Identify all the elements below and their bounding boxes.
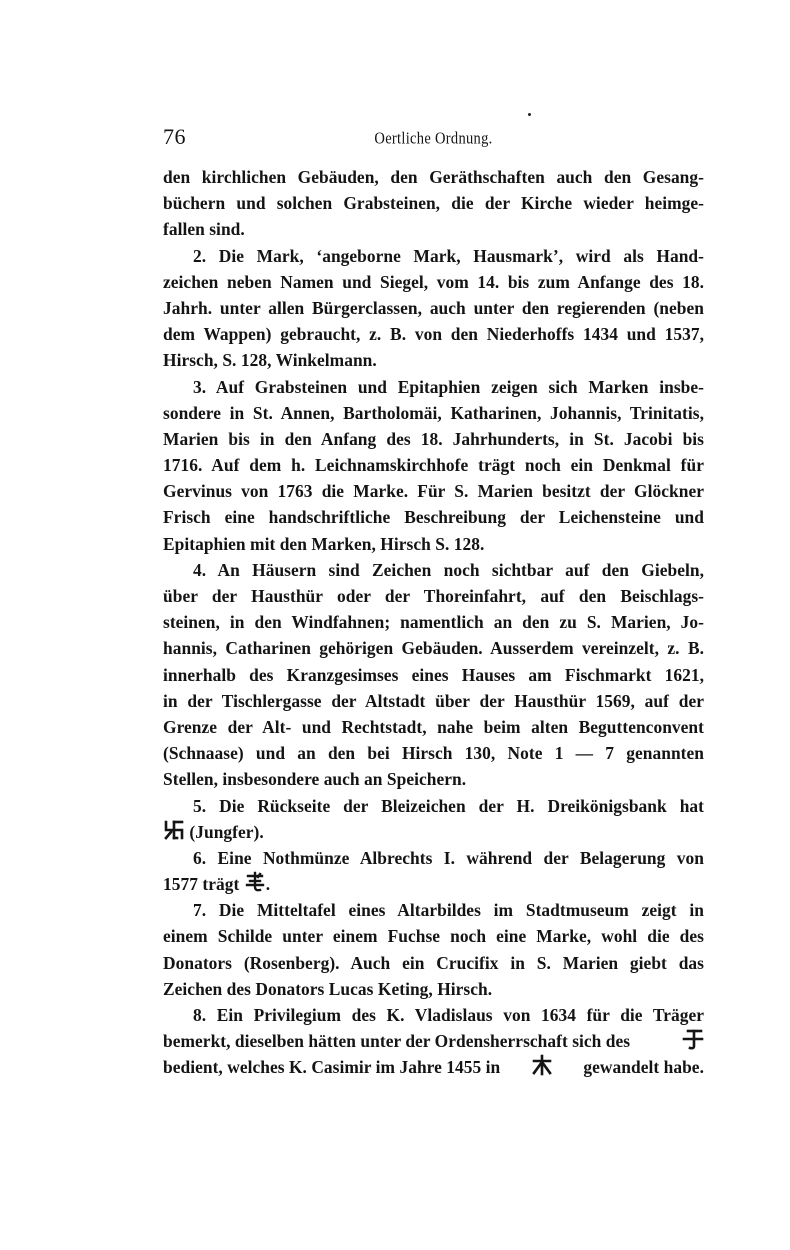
text-line: Hirsch, S. 128, Winkelmann. [163,347,704,373]
text-span: bemerkt, dieselben hätten unter der Orde… [163,1028,630,1054]
text-line: 4. An Häusern sind Zeichen noch sichtbar… [163,557,704,583]
text-line: 2. Die Mark, ‘angeborne Mark, Hausmark’,… [163,243,704,269]
text-line: innerhalb des Kranzgesimses eines Hauses… [163,662,704,688]
text-line: bemerkt, dieselben hätten unter der Orde… [163,1028,704,1054]
paragraph-item-8: 8. Ein Privilegium des K. Vladislaus von… [163,1002,704,1081]
house-mark-coin-icon [244,871,266,893]
print-speck [528,113,531,116]
paragraph-item-5: 5. Die Rückseite der Bleizeichen der H. … [163,793,704,845]
text-line: einem Schilde unter einem Fuchse noch ei… [163,923,704,949]
text-line: 7. Die Mitteltafel eines Altarbildes im … [163,897,704,923]
house-mark-casimir-icon [531,1054,553,1076]
text-line: 6. Eine Nothmünze Albrechts I. während d… [163,845,704,871]
text-span: . [266,874,270,894]
text-line: Grenze der Alt- und Rechtstadt, nahe bei… [163,714,704,740]
text-line: zeichen neben Namen und Siegel, vom 14. … [163,269,704,295]
book-page: 76 Oertliche Ordnung. den kirchlichen Ge… [0,0,790,1250]
text-line: bedient, welches K. Casimir im Jahre 145… [163,1054,704,1080]
text-line: Jahrh. unter allen Bürgerclassen, auch u… [163,295,704,321]
text-line: (Schnaase) und an den bei Hirsch 130, No… [163,740,704,766]
text-line: 8. Ein Privilegium des K. Vladislaus von… [163,1002,704,1028]
house-mark-order-icon [682,1028,704,1050]
text-line: sondere in St. Annen, Bartholomäi, Katha… [163,400,704,426]
text-line: Zeichen des Donators Lucas Keting, Hirsc… [163,976,704,1002]
paragraph-item-7: 7. Die Mitteltafel eines Altarbildes im … [163,897,704,1002]
text-line: 1577 trägt . [163,871,704,897]
text-span: (Jungfer). [185,822,264,842]
text-line: Marien bis in den Anfang des 18. Jahrhun… [163,426,704,452]
text-line: Stellen, insbesondere auch an Speichern. [163,766,704,792]
text-line: dem Wappen) gebraucht, z. B. von den Nie… [163,321,704,347]
paragraph-item-6: 6. Eine Nothmünze Albrechts I. während d… [163,845,704,897]
text-span: 1577 trägt [163,874,244,894]
text-span: gewandelt habe. [583,1054,704,1080]
text-span: bedient, welches K. Casimir im Jahre 145… [163,1054,500,1080]
text-line: (Jungfer). [163,819,704,845]
text-line: den kirchlichen Gebäuden, den Geräthscha… [163,164,704,190]
body-text: den kirchlichen Gebäuden, den Geräthscha… [163,164,704,1081]
text-line: 3. Auf Grabsteinen und Epitaphien zeigen… [163,374,704,400]
paragraph-item-3: 3. Auf Grabsteinen und Epitaphien zeigen… [163,374,704,557]
text-line: hannis, Catharinen gehörigen Gebäuden. A… [163,635,704,661]
house-mark-swastika-icon [163,819,185,841]
text-line: büchern und solchen Grabsteinen, die der… [163,190,704,216]
paragraph-item-2: 2. Die Mark, ‘angeborne Mark, Hausmark’,… [163,243,704,374]
text-line: Frisch eine handschriftliche Beschreibun… [163,504,704,530]
text-line: über der Hausthür oder der Thoreinfahrt,… [163,583,704,609]
text-line: 1716. Auf dem h. Leichnamskirchhofe träg… [163,452,704,478]
running-title: Oertliche Ordnung. [163,122,704,157]
text-line: 5. Die Rückseite der Bleizeichen der H. … [163,793,704,819]
text-line: steinen, in den Windfahnen; namentlich a… [163,609,704,635]
paragraph-item-4: 4. An Häusern sind Zeichen noch sichtbar… [163,557,704,793]
text-line: Gervinus von 1763 die Marke. Für S. Mari… [163,478,704,504]
paragraph-continuation: den kirchlichen Gebäuden, den Geräthscha… [163,164,704,243]
text-line: Donators (Rosenberg). Auch ein Crucifix … [163,950,704,976]
text-line: fallen sind. [163,216,704,242]
text-line: in der Tischlergasse der Altstadt über d… [163,688,704,714]
text-line: Epitaphien mit den Marken, Hirsch S. 128… [163,531,704,557]
page-header: 76 Oertliche Ordnung. [163,122,704,152]
